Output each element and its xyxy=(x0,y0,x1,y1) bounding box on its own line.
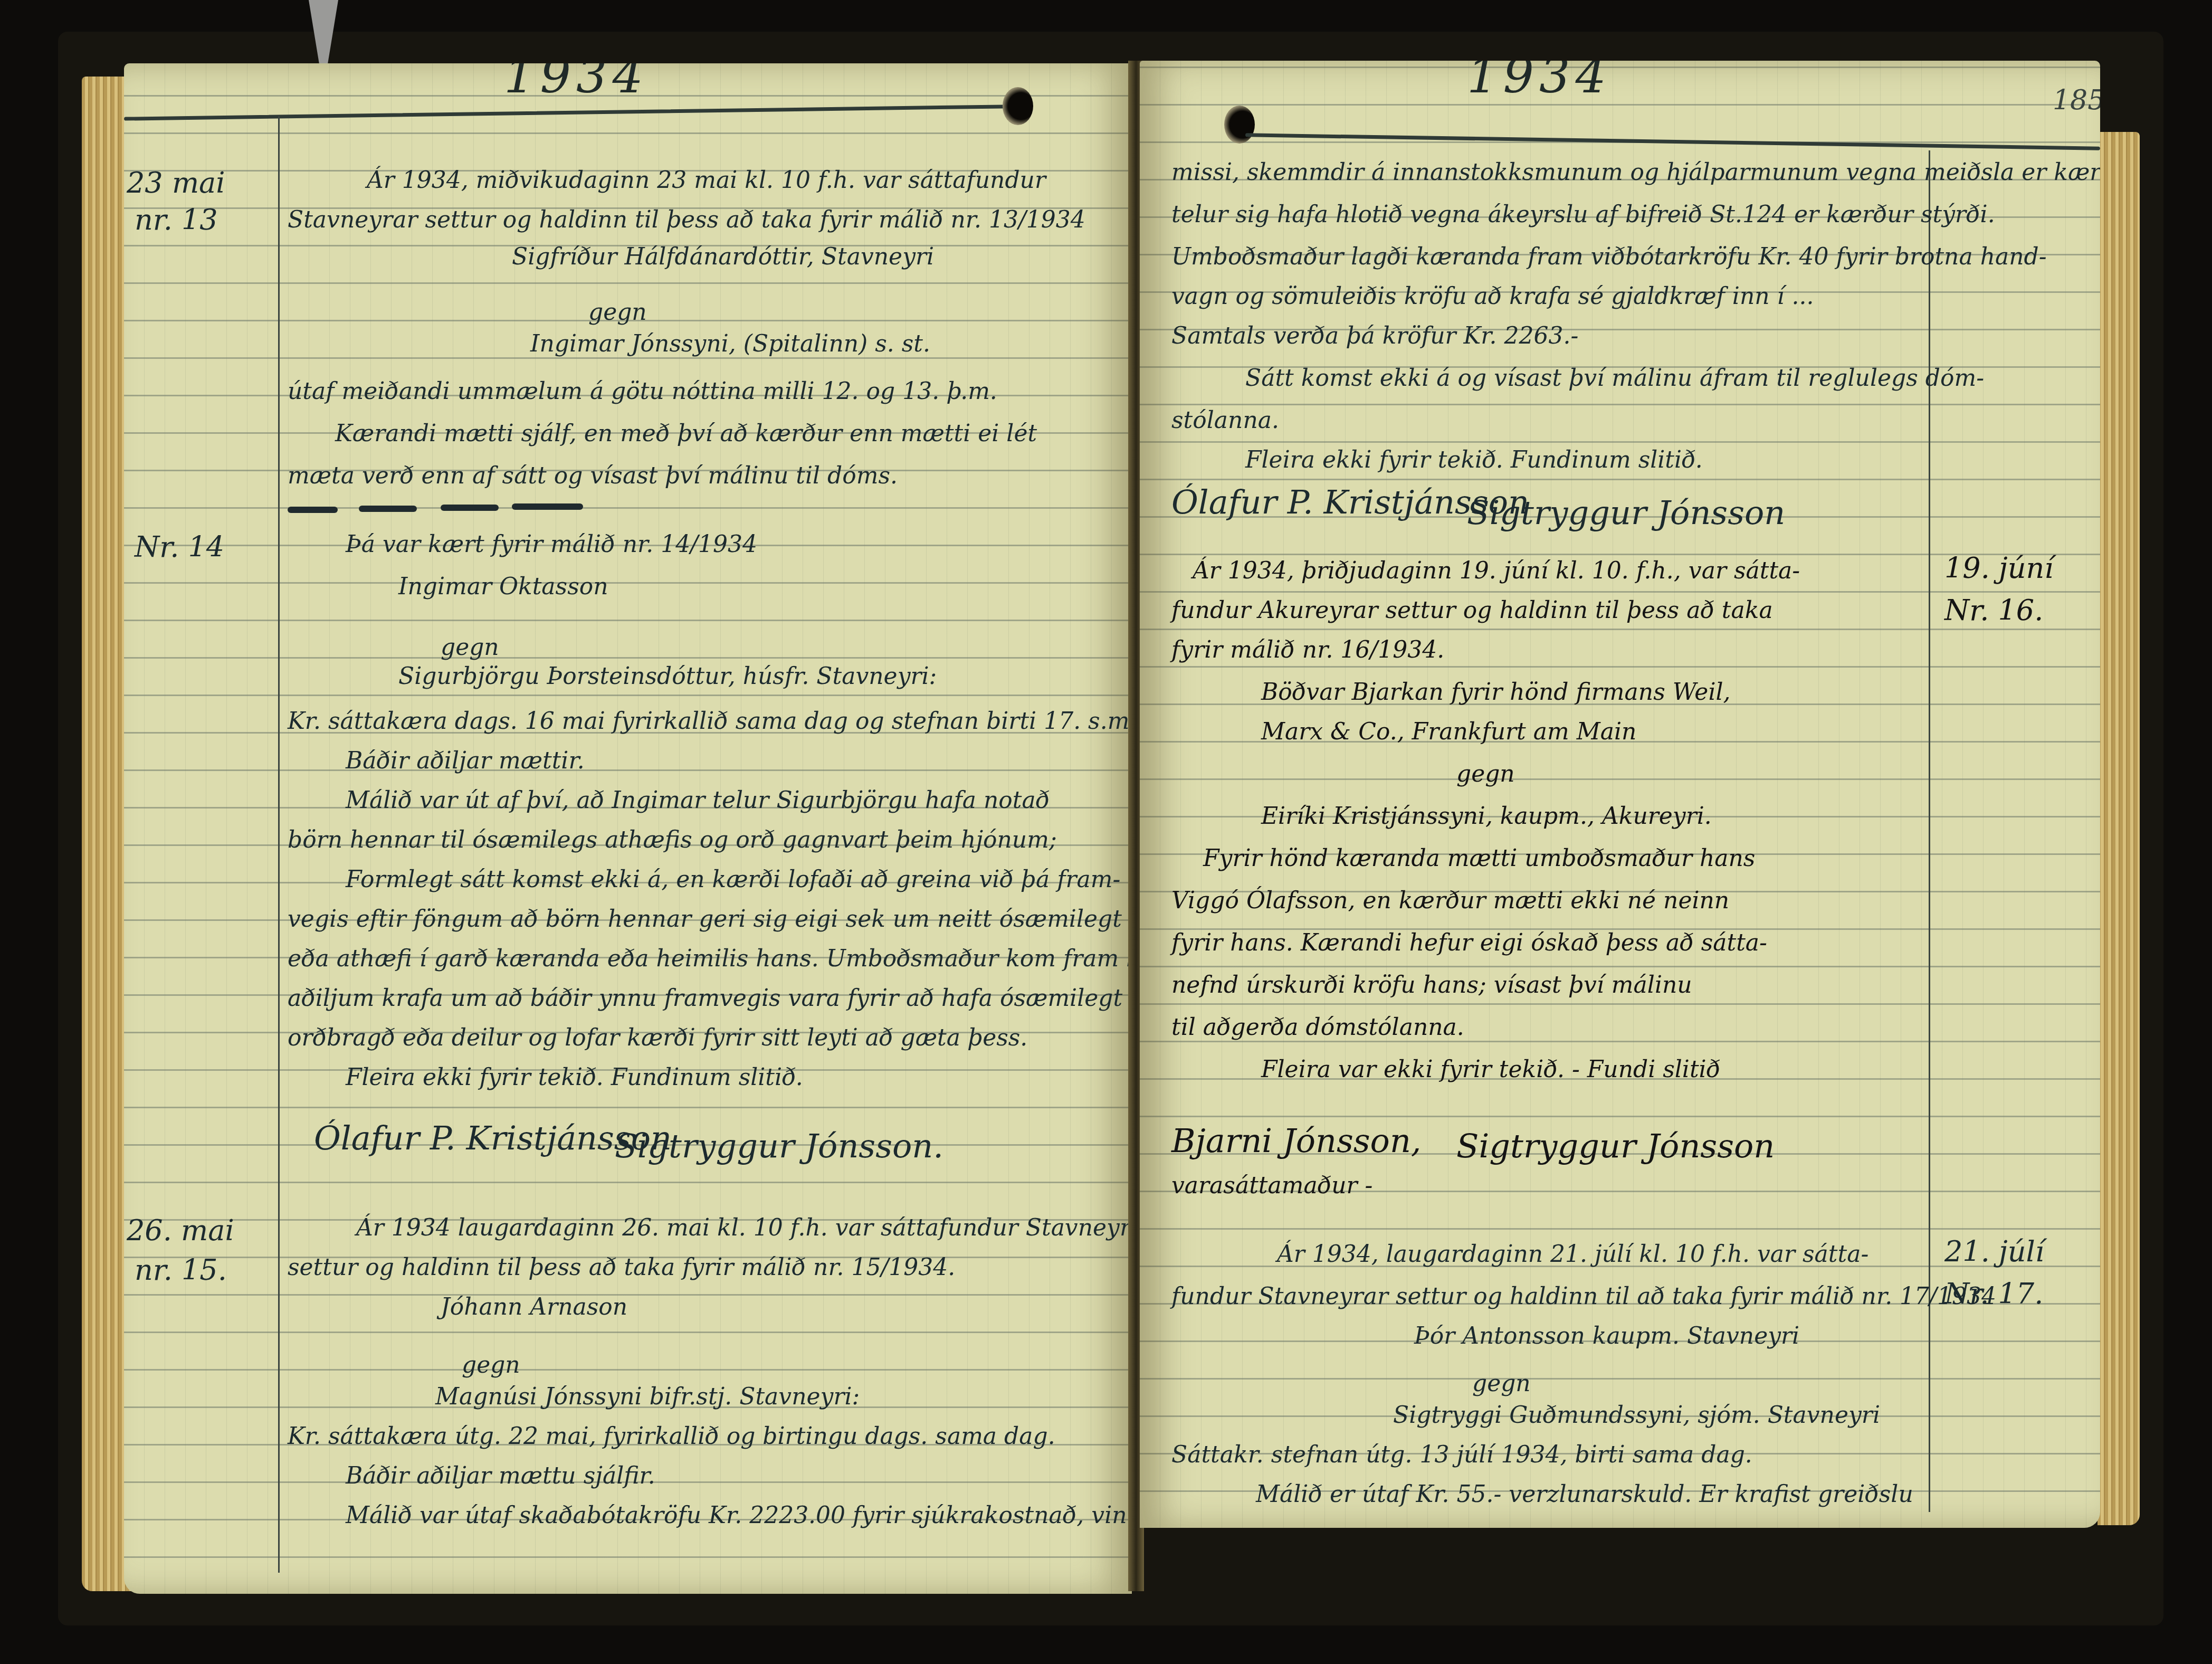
gegn-label: gegn xyxy=(1472,1372,1531,1395)
separator-dash xyxy=(359,506,417,512)
text-line: Kr. sáttakæra útg. 22 mai, fyrirkallið o… xyxy=(288,1425,1055,1448)
left-page: 1934 23 mai nr. 13 Ár 1934, miðvikudagin… xyxy=(124,63,1132,1594)
text-line: Samtals verða þá kröfur Kr. 2263.- xyxy=(1171,325,1578,348)
text-line: Fyrir hönd kæranda mætti umboðsmaður han… xyxy=(1203,847,1755,870)
text-line: Kærandi mætti sjálf, en með því að kærðu… xyxy=(335,422,1037,445)
text-line: til aðgerða dómstólanna. xyxy=(1171,1016,1464,1039)
text-line: Fleira ekki fyrir tekið. Fundinum slitið… xyxy=(1245,449,1703,472)
year-header: 1934 xyxy=(504,63,649,104)
text-line: Málið var út af því, að Ingimar telur Si… xyxy=(346,789,1050,812)
separator-dash xyxy=(441,505,499,511)
text-line: Ár 1934, miðvikudaginn 23 mai kl. 10 f.h… xyxy=(367,169,1046,192)
header-rule xyxy=(1245,133,2100,150)
party-name: Þór Antonsson kaupm. Stavneyri xyxy=(1414,1325,1799,1348)
signature: Sigtryggur Jónsson. xyxy=(615,1127,943,1165)
text-line: Fleira var ekki fyrir tekið. - Fundi sli… xyxy=(1261,1058,1720,1081)
text-line: Báðir aðiljar mættir. xyxy=(346,749,585,773)
gegn-label: gegn xyxy=(462,1354,520,1377)
text-line: Umboðsmaður lagði kæranda fram viðbótark… xyxy=(1171,245,2047,269)
text-line: útaf meiðandi ummælum á götu nóttina mil… xyxy=(288,380,997,403)
signature: Sigtryggur Jónsson xyxy=(1456,1127,1775,1165)
party-name: Magnúsi Jónssyni bifr.stj. Stavneyri: xyxy=(435,1385,860,1409)
text-line: fyrir málið nr. 16/1934. xyxy=(1171,639,1444,662)
text-line: Málið er útaf Kr. 55.- verzlunarskuld. E… xyxy=(1256,1483,1913,1506)
entry-date: 21. júlí xyxy=(1944,1235,2044,1268)
text-line: missi, skemmdir á innanstokksmunum og hj… xyxy=(1171,161,2100,184)
text-line: mæta verð enn af sátt og vísast því máli… xyxy=(288,464,898,488)
page-edges-right xyxy=(2097,132,2140,1525)
entry-number: nr. 15. xyxy=(135,1253,227,1287)
signature: Sigtryggur Jónsson xyxy=(1467,493,1785,532)
text-line: settur og haldinn til þess að taka fyrir… xyxy=(288,1256,955,1279)
text-line: Fleira ekki fyrir tekið. Fundinum slitið… xyxy=(346,1066,803,1089)
margin-line xyxy=(278,116,280,1573)
party-name: Marx & Co., Frankfurt am Main xyxy=(1261,720,1636,744)
party-name: Sigurbjörgu Þorsteinsdóttur, húsfr. Stav… xyxy=(398,665,937,688)
text-line: eða athæfi í garð kæranda eða heimilis h… xyxy=(288,947,1132,971)
gegn-label: gegn xyxy=(588,301,647,324)
header-rule xyxy=(124,104,1005,120)
party-name: Sigtryggi Guðmundssyni, sjóm. Stavneyri xyxy=(1393,1404,1880,1427)
right-page: 1934 185 missi, skemmdir á innanstokksmu… xyxy=(1140,61,2100,1528)
text-line: Málið var útaf skaðabótakröfu Kr. 2223.0… xyxy=(346,1504,1132,1527)
party-name: Jóhann Arnason xyxy=(441,1296,627,1319)
text-line: aðiljum krafa um að báðir ynnu framvegis… xyxy=(288,987,1122,1010)
entry-number: nr. 13 xyxy=(135,203,218,236)
text-line: fyrir hans. Kærandi hefur eigi óskað þes… xyxy=(1171,931,1767,955)
text-line: Báðir aðiljar mættu sjálfir. xyxy=(346,1465,655,1488)
separator-dash xyxy=(512,503,583,510)
text-line: Sáttakr. stefnan útg. 13 júlí 1934, birt… xyxy=(1171,1443,1752,1467)
text-line: nefnd úrskurði kröfu hans; vísast því má… xyxy=(1171,974,1692,997)
text-line: börn hennar til ósæmilegs athæfis og orð… xyxy=(288,829,1057,852)
entry-date: 23 mai xyxy=(127,166,225,199)
text-line: Kr. sáttakæra dags. 16 mai fyrirkallið s… xyxy=(288,710,1132,733)
entry-number: Nr. 16. xyxy=(1944,594,2043,627)
entry-date: 26. mai xyxy=(127,1214,234,1247)
gegn-label: gegn xyxy=(1456,763,1515,786)
separator-dash xyxy=(288,507,338,513)
party-name: Ingimar Oktasson xyxy=(398,575,608,598)
entry-date: 19. júní xyxy=(1944,552,2054,585)
party-name: Eiríki Kristjánssyni, kaupm., Akureyri. xyxy=(1261,805,1712,828)
punch-hole xyxy=(1003,87,1033,125)
text-line: Formlegt sátt komst ekki á, en kærði lof… xyxy=(346,868,1120,891)
page-number: 185 xyxy=(2053,84,2100,116)
text-line: Ár 1934, laugardaginn 21. júlí kl. 10 f.… xyxy=(1277,1243,1868,1266)
text-line: fundur Stavneyrar settur og haldinn til … xyxy=(1171,1285,1996,1308)
year-header: 1934 xyxy=(1467,61,1612,104)
text-line: Stavneyrar settur og haldinn til þess að… xyxy=(288,208,1085,232)
text-line: stólanna. xyxy=(1171,409,1279,432)
text-line: fundur Akureyrar settur og haldinn til þ… xyxy=(1171,599,1773,622)
text-line: telur sig hafa hlotið vegna ákeyrslu af … xyxy=(1171,203,1995,226)
text-line: vegis eftir föngum að börn hennar geri s… xyxy=(288,908,1132,931)
signature: Bjarni Jónsson, xyxy=(1171,1121,1422,1160)
text-line: Ár 1934 laugardaginn 26. mai kl. 10 f.h.… xyxy=(356,1216,1132,1240)
punch-hole xyxy=(1224,106,1255,144)
party-name: Böðvar Bjarkan fyrir hönd firmans Weil, xyxy=(1261,681,1731,704)
gegn-label: gegn xyxy=(441,636,499,659)
party-name: Sigfríður Hálfdánardóttir, Stavneyri xyxy=(512,245,934,269)
signature-title: varasáttamaður - xyxy=(1171,1174,1372,1197)
party-name: Ingimar Jónssyni, (Spitalinn) s. st. xyxy=(530,332,930,356)
text-line: Ár 1934, þriðjudaginn 19. júní kl. 10. f… xyxy=(1193,559,1800,583)
text-line: Þá var kært fyrir málið nr. 14/1934 xyxy=(346,533,757,556)
entry-number: Nr. 14 xyxy=(135,530,224,564)
text-line: orðbragð eða deilur og lofar kærði fyrir… xyxy=(288,1026,1027,1050)
text-line: Viggó Ólafsson, en kærður mætti ekki né … xyxy=(1171,889,1729,912)
text-line: Sátt komst ekki á og vísast því málinu á… xyxy=(1245,367,1984,390)
text-line: vagn og sömuleiðis kröfu að krafa sé gja… xyxy=(1171,285,1814,308)
